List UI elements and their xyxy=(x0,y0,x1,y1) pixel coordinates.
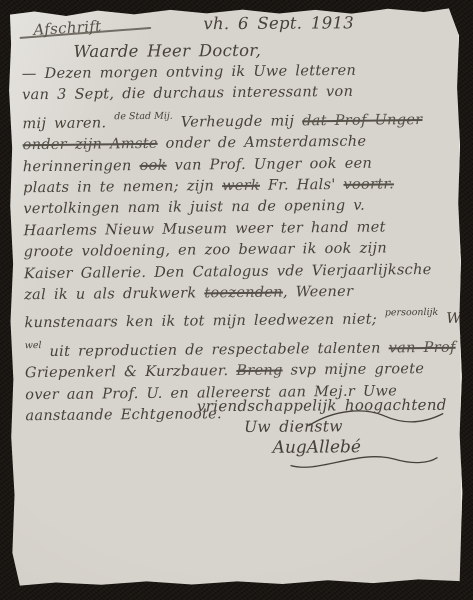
letter-body: — Dezen morgen ontving ik Uwe letterenva… xyxy=(22,60,462,428)
dateline: vh. 6 Sept. 1913 xyxy=(203,13,354,33)
letter-text: vertolkingen nam ik juist na de opening … xyxy=(23,198,365,218)
letter-text: Griepenkerl & Kurzbauer. xyxy=(25,363,236,381)
letter-text: Kaiser Gallerie. Den Catalogus vde Vierj… xyxy=(24,262,432,282)
letter-text: — Dezen morgen ontving ik Uwe letteren xyxy=(22,63,356,82)
letter-text: kunstenaars ken ik tot mijn leedwezen ni… xyxy=(24,312,385,332)
closing-block: vriendschappelijk hoogachtend Uw dienstw… xyxy=(197,395,447,460)
letter-text: svp mijne groete xyxy=(283,361,425,378)
letter-line: wel uit reproductien de respectabele tal… xyxy=(25,331,461,364)
letter-text: Verheugde mij xyxy=(173,113,302,130)
signoff: Uw dienstw xyxy=(197,416,343,438)
closing-phrase: vriendschappelijk hoogachtend xyxy=(197,395,447,418)
letter-text: van Prof. Unger ook een xyxy=(167,155,373,173)
letter-text: Wel xyxy=(438,311,473,327)
struck-text: onder zijn Amste xyxy=(23,136,158,153)
letter-sheet: Afschrift vh. 6 Sept. 1913 Waarde Heer D… xyxy=(7,7,464,588)
struck-text: voortr. xyxy=(343,176,394,193)
struck-text: ook xyxy=(139,157,166,173)
struck-text: Breng xyxy=(236,363,282,379)
letter-text: mij waren. xyxy=(22,115,114,132)
inserted-text: de Stad Mij. xyxy=(114,110,173,122)
letter-text: groote voldoening, en zoo bewaar ik ook … xyxy=(24,241,387,261)
inserted-text: persoonlijk xyxy=(385,307,439,319)
struck-text: van Prof xyxy=(389,340,456,357)
letter-text: plaats in te nemen; zijn xyxy=(23,178,222,196)
inserted-text: wel xyxy=(25,340,42,351)
struck-text: werk xyxy=(222,178,260,194)
letter-text: uit reproductien de respectabele talente… xyxy=(42,340,389,360)
letter-text: Fr. Hals' xyxy=(260,177,344,194)
signature: AugAllebé xyxy=(197,437,361,459)
scan-background: Afschrift vh. 6 Sept. 1913 Waarde Heer D… xyxy=(0,0,473,600)
letter-text: , Weener xyxy=(283,284,354,301)
letter-line: kunstenaars ken ik tot mijn leedwezen ni… xyxy=(24,302,460,335)
letter-text: van 3 Sept, die durchaus interessant von xyxy=(22,84,353,103)
struck-text: toezenden xyxy=(204,285,283,302)
struck-text: dat Prof Unger xyxy=(302,112,422,129)
letter-text: zal ik u als drukwerk xyxy=(24,285,204,303)
letter-line: mij waren. de Stad Mij. Verheugde mij da… xyxy=(22,102,458,135)
salutation: Waarde Heer Doctor, xyxy=(73,41,261,61)
letter-text: Haarlems Nieuw Museum weer ter hand met xyxy=(23,219,385,239)
letter-text: onder de Amsterdamsche xyxy=(158,134,367,152)
letter-text: herinneringen xyxy=(23,158,140,175)
letter-text: aanstaande Echtgenoote. xyxy=(25,406,222,424)
